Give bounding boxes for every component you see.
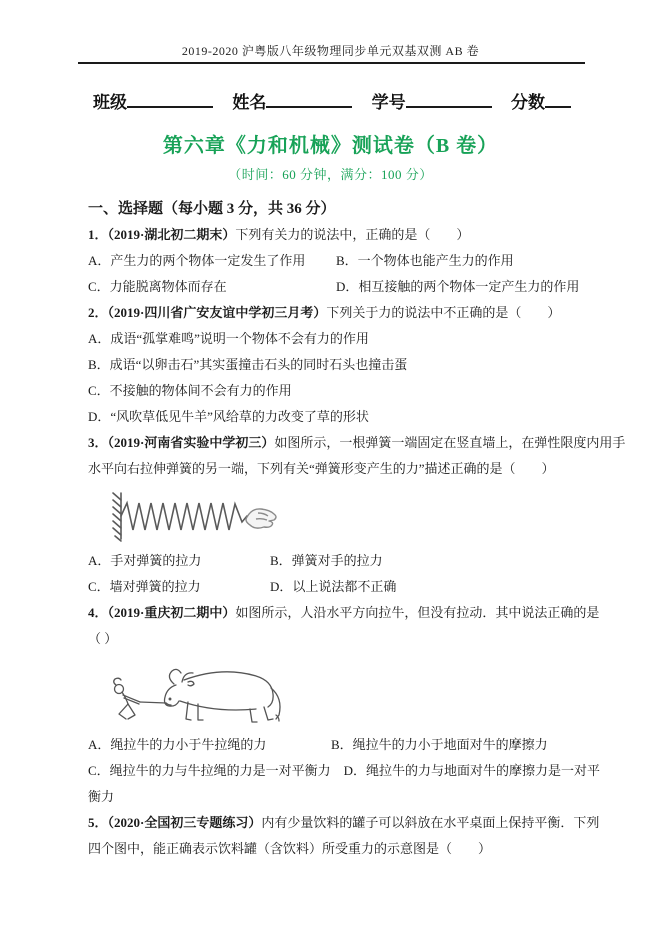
question-1-option-a: A．产生力的两个物体一定发生了作用 xyxy=(88,248,336,274)
question-4-option-b: B．绳拉牛的力小于地面对牛的摩擦力 xyxy=(331,732,548,758)
paper-title: 第六章《力和机械》测试卷（B 卷） xyxy=(0,129,661,158)
question-1-option-d: D．相互接触的两个物体一定产生力的作用 xyxy=(336,274,579,300)
class-field: 班级 xyxy=(93,88,213,113)
score-blank-line xyxy=(545,93,571,108)
student-info-row: 班级 姓名 学号 分数 xyxy=(93,88,571,113)
student-id-field: 学号 xyxy=(372,88,492,113)
question-3-option-d: D．以上说法都不正确 xyxy=(270,574,396,600)
question-5-stem-line-2: 四个图中，能正确表示饮料罐（含饮料）所受重力的示意图是（ ） xyxy=(88,836,601,862)
student-id-label: 学号 xyxy=(372,93,406,112)
class-label: 班级 xyxy=(93,93,127,112)
question-4-stem-line-1: 4．（2019·重庆初二期中）如图所示，人沿水平方向拉牛，但没有拉动．其中说法正… xyxy=(88,600,601,626)
question-1-options-row-1: A．产生力的两个物体一定发生了作用 B．一个物体也能产生力的作用 xyxy=(88,248,601,274)
question-4-options-row-1: A．绳拉牛的力小于牛拉绳的力 B．绳拉牛的力小于地面对牛的摩擦力 xyxy=(88,732,601,758)
question-1-options-row-2: C．力能脱离物体而存在 D．相互接触的两个物体一定产生力的作用 xyxy=(88,274,601,300)
class-blank-line xyxy=(127,93,213,108)
score-field: 分数 xyxy=(511,88,571,113)
spring-figure xyxy=(106,488,601,544)
paper-body: 一、选择题（每小题 3 分，共 36 分） 1．（2019·湖北初二期末）下列有… xyxy=(88,196,601,862)
question-1-option-b: B．一个物体也能产生力的作用 xyxy=(336,248,514,274)
student-id-blank-line xyxy=(406,93,492,108)
ox-and-person-diagram-icon xyxy=(98,658,298,724)
question-3-stem-line-2: 水平向右拉伸弹簧的另一端，下列有关“弹簧形变产生的力”描述正确的是（ ） xyxy=(88,456,601,482)
question-2-stem: 2．（2019·四川省广安友谊中学初三月考）下列关于力的说法中不正确的是（ ） xyxy=(88,300,601,326)
paper-subtitle: （时间：60 分钟，满分：100 分） xyxy=(0,164,661,183)
question-3-option-b: B．弹簧对手的拉力 xyxy=(270,548,383,574)
question-4-option-d-wrap: 衡力 xyxy=(88,784,601,810)
header-divider xyxy=(78,62,585,64)
name-field: 姓名 xyxy=(232,88,352,113)
page-header-title: 2019-2020 沪粤版八年级物理同步单元双基双测 AB 卷 xyxy=(0,0,661,59)
question-1-stem: 1．（2019·湖北初二期末）下列有关力的说法中，正确的是（ ） xyxy=(88,222,601,248)
score-label: 分数 xyxy=(511,93,545,112)
question-1-option-c: C．力能脱离物体而存在 xyxy=(88,274,336,300)
question-2-source: 2．（2019·四川省广安友谊中学初三月考） xyxy=(88,305,326,320)
question-3-source: 3．（2019·河南省实验中学初三） xyxy=(88,435,274,450)
question-1-source: 1．（2019·湖北初二期末） xyxy=(88,227,235,242)
question-5-source: 5．（2020·全国初三专题练习） xyxy=(88,815,261,830)
exam-paper-page: 2019-2020 沪粤版八年级物理同步单元双基双测 AB 卷 班级 姓名 学号… xyxy=(0,0,661,935)
spring-diagram-icon xyxy=(106,488,284,544)
question-2-option-c: C．不接触的物体间不会有力的作用 xyxy=(88,378,601,404)
ox-pulling-figure xyxy=(98,658,601,724)
question-3-options-row-1: A．手对弹簧的拉力 B．弹簧对手的拉力 xyxy=(88,548,601,574)
question-3-options-row-2: C．墙对弹簧的拉力 D．以上说法都不正确 xyxy=(88,574,601,600)
question-2-option-a: A．成语“孤掌难鸣”说明一个物体不会有力的作用 xyxy=(88,326,601,352)
question-3-option-c: C．墙对弹簧的拉力 xyxy=(88,574,270,600)
question-2-option-d: D．“风吹草低见牛羊”风给草的力改变了草的形状 xyxy=(88,404,601,430)
question-4-source: 4．（2019·重庆初二期中） xyxy=(88,605,235,620)
question-3-stem-line-1: 3．（2019·河南省实验中学初三）如图所示，一根弹簧一端固定在竖直墙上，在弹性… xyxy=(88,430,601,456)
question-4-option-a: A．绳拉牛的力小于牛拉绳的力 xyxy=(88,732,331,758)
name-blank-line xyxy=(266,93,352,108)
section-one-heading: 一、选择题（每小题 3 分，共 36 分） xyxy=(88,196,601,222)
question-4-options-row-2: C．绳拉牛的力与牛拉绳的力是一对平衡力 D．绳拉牛的力与地面对牛的摩擦力是一对平 xyxy=(88,758,601,784)
name-label: 姓名 xyxy=(232,93,266,112)
question-4-stem-line-2: （ ） xyxy=(88,626,601,652)
question-5-stem-line-1: 5．（2020·全国初三专题练习）内有少量饮料的罐子可以斜放在水平桌面上保持平衡… xyxy=(88,810,601,836)
question-3-option-a: A．手对弹簧的拉力 xyxy=(88,548,270,574)
question-2-option-b: B．成语“以卵击石”其实蛋撞击石头的同时石头也撞击蛋 xyxy=(88,352,601,378)
